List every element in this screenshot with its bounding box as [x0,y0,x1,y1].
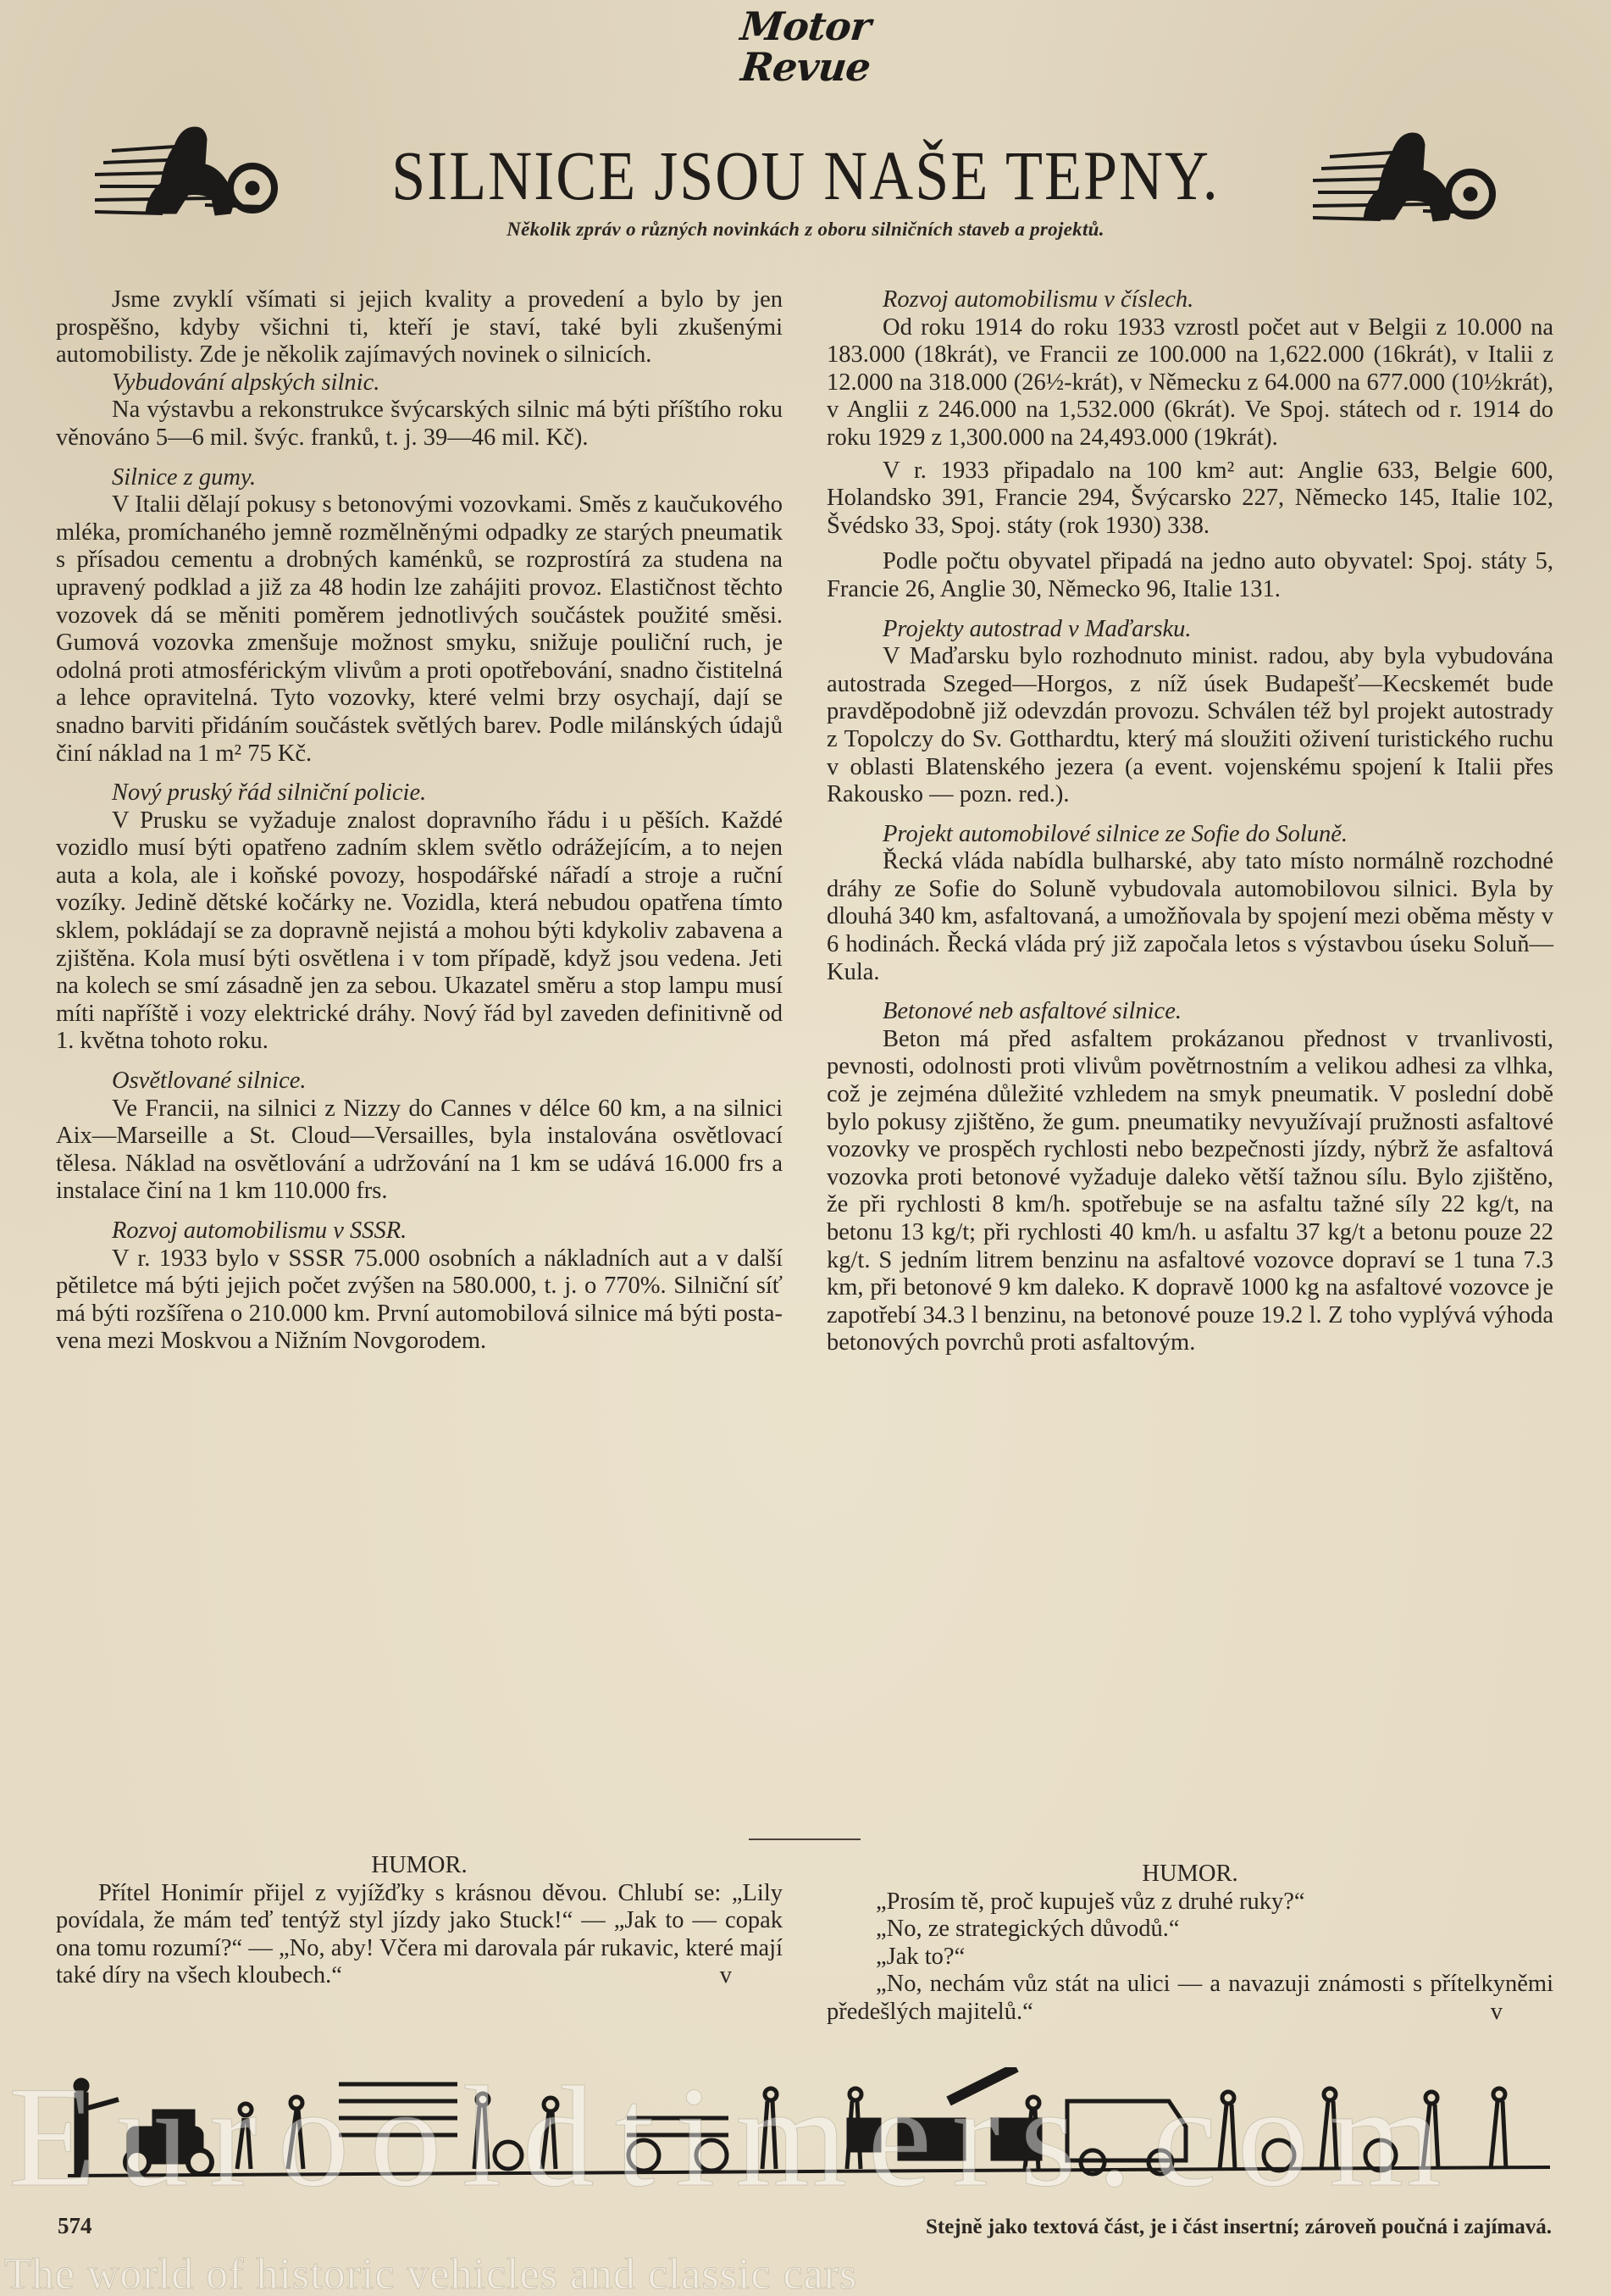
magazine-page: Motor Revue [0,0,1611,2296]
section-heading: Silnice z gumy. [56,464,783,492]
section-heading: Nový pruský řád silniční policie. [56,779,783,807]
footer-note: Stejně jako textová část, je i část inse… [926,2216,1552,2239]
masthead-logo: Motor Revue [0,7,1611,86]
section-divider [749,1838,861,1840]
intro-paragraph: Jsme zvyklí všímati si jejich kvality a … [56,286,783,369]
section-body: Ve Francii, na silnici z Nizzy do Cannes… [56,1095,783,1206]
watermark-tagline: The world of historic vehicles and class… [4,2249,857,2296]
author-signature: v [1442,1999,1503,2027]
page-number: 574 [58,2213,92,2239]
section-body: V Prusku se vyžaduje znalost dopravního … [56,807,783,1056]
section-body: Podle počtu obyvatel připadá na jedno au… [827,548,1553,603]
section-heading: Osvětlované silnice. [56,1068,783,1095]
section-body: V r. 1933 připadalo na 100 km² aut: Angl… [827,458,1553,541]
section-body: V Maďarsku bylo rozhodnuto minist. radou… [827,643,1553,809]
left-column: Jsme zvyklí všímati si jejich kvality a … [56,286,783,1356]
humor-text: Přítel Honimír přijel z vyjížďky s krásn… [56,1880,783,1990]
right-column: Rozvoj automobilismu v číslech. Od roku … [827,286,1553,1357]
section-heading: Projekt automobilové silnice ze Sofie do… [827,821,1553,849]
humor-right: HUMOR. „Prosím tě, proč kupuješ vůz z dr… [827,1861,1553,2027]
humor-title: HUMOR. [56,1852,783,1880]
humor-line: „Jak to?“ [827,1944,1553,1972]
section-body: Na výstavbu a rekonstrukce švýcarských s… [56,397,783,452]
section-body: Od roku 1914 do roku 1933 vzrostl počet … [827,314,1553,452]
masthead-line2: Revue [0,47,1611,86]
traffic-frieze-illustration-icon [34,2067,1584,2182]
section-heading: Rozvoj automobilismu v SSSR. [56,1217,783,1245]
masthead-line1: Motor [0,7,1611,46]
humor-line: „No, nechám vůz stát na ulici — a navazu… [827,1971,1553,2026]
section-body: V Italii dělají pokusy s betonovými vozo… [56,491,783,768]
section-heading: Vybudování alpských silnic. [56,369,783,397]
section-body: Řecká vláda nabídla bulharské, aby tato … [827,848,1553,986]
section-heading: Projekty autostrad v Maďarsku. [827,616,1553,644]
humor-left: HUMOR. Přítel Honimír přijel z vyjížďky … [56,1852,783,1990]
section-body: Beton má před asfaltem prokázanou předno… [827,1026,1553,1357]
article-title: SILNICE JSOU NAŠE TEPNY. [0,136,1611,216]
section-body: V r. 1933 bylo v SSSR 75.000 osobních a … [56,1245,783,1356]
humor-joke: Přítel Honimír přijel z vyjížďky s krásn… [56,1880,783,1989]
article-subtitle: Několik zpráv o různých novinkách z obor… [0,219,1611,241]
humor-title: HUMOR. [827,1861,1553,1888]
humor-line: „Prosím tě, proč kupuješ vůz z druhé ruk… [827,1888,1553,1916]
author-signature: v [678,1962,732,1990]
humor-line: „No, ze strategických důvodů.“ [827,1916,1553,1944]
section-heading: Betonové neb asfaltové silnice. [827,998,1553,1026]
section-heading: Rozvoj automobilismu v číslech. [827,286,1553,314]
